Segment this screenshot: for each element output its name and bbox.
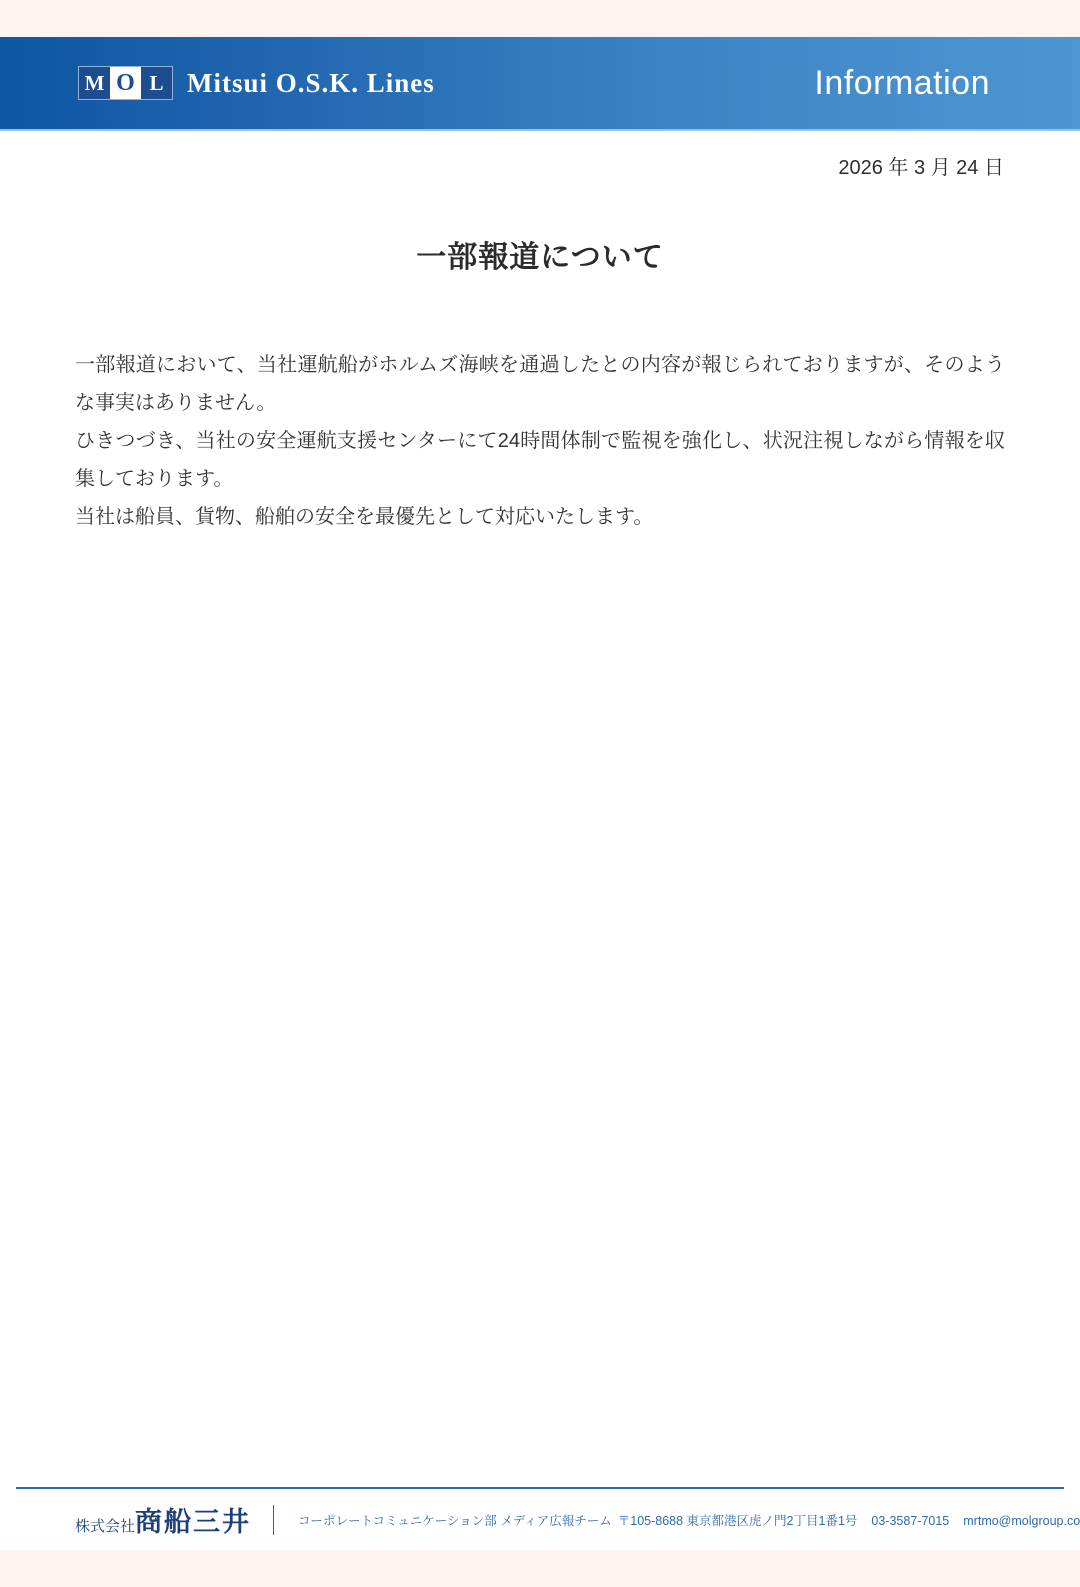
footer-vertical-divider xyxy=(273,1505,274,1535)
footer-phone: 03-3587-7015 xyxy=(871,1514,949,1528)
mol-logo: M O L Mitsui O.S.K. Lines xyxy=(78,66,435,100)
paragraph-3: 当社は船員、貨物、船舶の安全を最優先として対応いたします。 xyxy=(75,498,1005,536)
paragraph-1: 一部報道において、当社運航船がホルムズ海峡を通過したとの内容が報じられております… xyxy=(75,346,1005,422)
document-page: M O L Mitsui O.S.K. Lines Information 20… xyxy=(0,0,1080,1587)
company-name: 商船三井 xyxy=(135,1500,251,1539)
logo-letter-m: M xyxy=(79,67,110,99)
page-edge-top xyxy=(0,0,1080,37)
information-label: Information xyxy=(814,64,990,103)
paragraph-2: ひきつづき、当社の安全運航支援センターにて24時間体制で監視を強化し、状況注視し… xyxy=(75,422,1005,498)
footer-department: コーポレートコミュニケーション部 メディア広報チーム xyxy=(298,1511,612,1529)
footer-company: 株式会社 商船三井 xyxy=(75,1500,251,1539)
logo-letter-l: L xyxy=(141,67,172,99)
page-title: 一部報道について xyxy=(0,232,1080,276)
company-wordmark: Mitsui O.S.K. Lines xyxy=(187,68,435,99)
logo-letter-o: O xyxy=(110,67,141,99)
document-sheet: M O L Mitsui O.S.K. Lines Information 20… xyxy=(0,37,1080,1550)
page-edge-bottom xyxy=(0,1550,1080,1587)
footer-email: mrtmo@molgroup.com xyxy=(963,1514,1080,1528)
footer-contact: コーポレートコミュニケーション部 メディア広報チーム 〒105-8688 東京都… xyxy=(298,1511,1080,1529)
mol-logo-icon: M O L xyxy=(78,66,173,100)
footer: 株式会社 商船三井 コーポレートコミュニケーション部 メディア広報チーム 〒10… xyxy=(0,1489,1080,1550)
body-text: 一部報道において、当社運航船がホルムズ海峡を通過したとの内容が報じられております… xyxy=(75,346,1005,536)
footer-address: 〒105-8688 東京都港区虎ノ門2丁目1番1号 xyxy=(618,1511,858,1529)
company-prefix: 株式会社 xyxy=(75,1515,135,1536)
blank-area xyxy=(0,536,1080,1487)
release-date: 2026 年 3 月 24 日 xyxy=(0,151,1080,180)
header-banner: M O L Mitsui O.S.K. Lines Information xyxy=(0,37,1080,131)
